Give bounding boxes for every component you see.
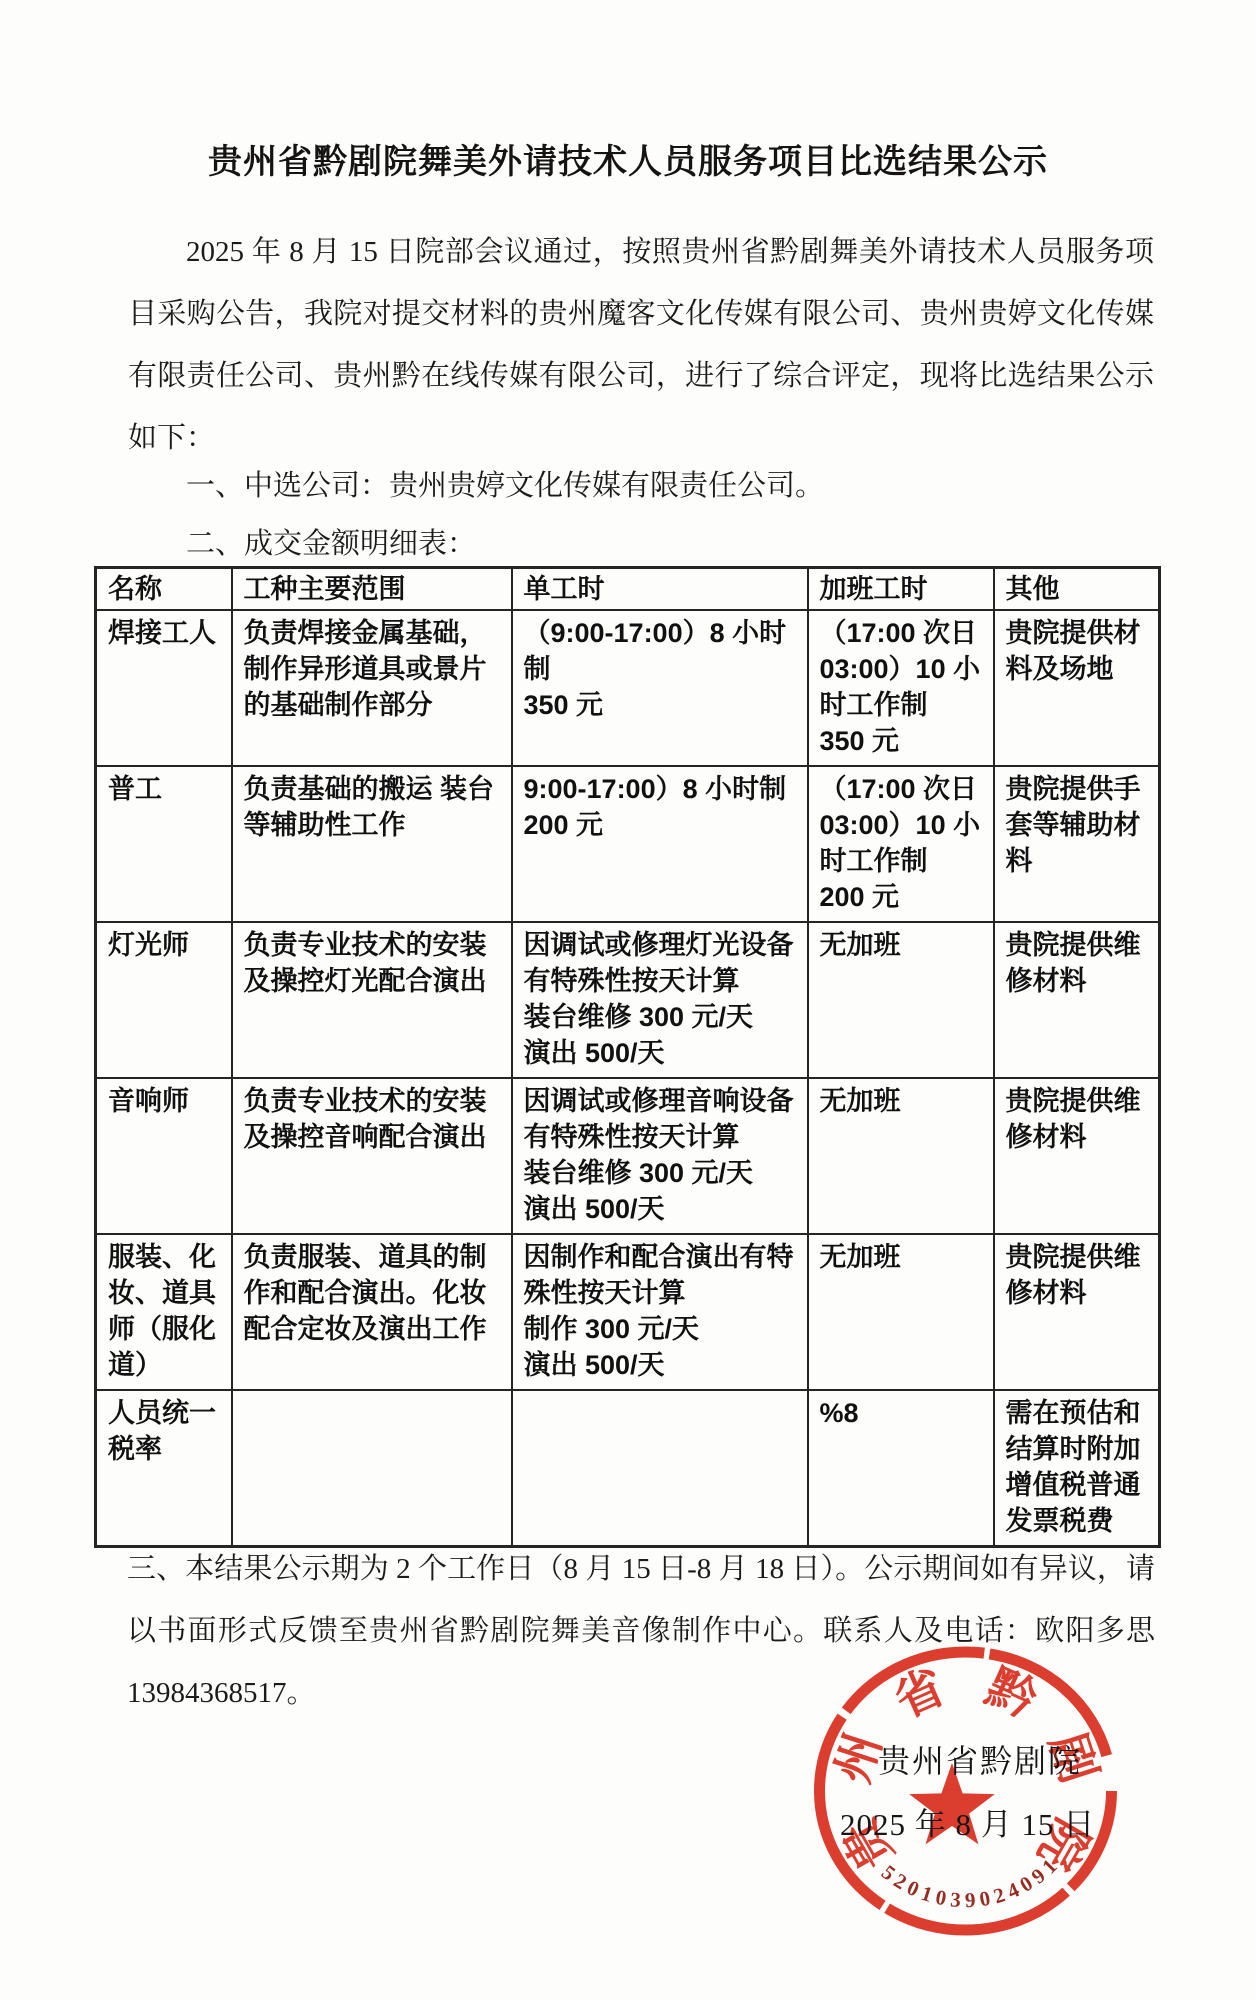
- cell-regular-hours: 因调试或修理灯光设备有特殊性按天计算 装台维修 300 元/天 演出 500/天: [524, 927, 801, 1071]
- cell-overtime: 无加班: [820, 1239, 987, 1275]
- table-header-row: 名称 工种主要范围 单工时 加班工时 其他: [96, 568, 1160, 611]
- official-seal: 贵 州 省 黔 剧 院 5201039024091: [812, 1646, 1124, 1942]
- column-header-other: 其他: [994, 568, 1160, 611]
- table-row-tax-rate: 人员统一税率 %8 需在预估和结算时附加增值税普通发票税费: [96, 1390, 1160, 1547]
- cell-job-name: 普工: [108, 771, 225, 807]
- cell-other: 贵院提供材料及场地: [1006, 615, 1153, 687]
- cell-regular-hours: 因调试或修理音响设备有特殊性按天计算 装台维修 300 元/天 演出 500/天: [524, 1083, 801, 1227]
- document-page: 贵州省黔剧院舞美外请技术人员服务项目比选结果公示 2025 年 8 月 15 日…: [0, 0, 1256, 2000]
- cell-job-name: 灯光师: [108, 927, 225, 963]
- cell-job-name: 服装、化妆、道具师（服化道）: [108, 1239, 225, 1383]
- selected-company-line: 一、中选公司：贵州贵婷文化传媒有限责任公司。: [186, 458, 1166, 514]
- column-header-regular-hours: 单工时: [512, 568, 808, 611]
- column-header-name: 名称: [96, 568, 232, 611]
- cell-other: 贵院提供手套等辅助材料: [1006, 771, 1153, 879]
- cell-other: 贵院提供维修材料: [1006, 1239, 1153, 1311]
- cell-job-scope: 负责焊接金属基础，制作异形道具或景片的基础制作部分: [244, 615, 505, 723]
- cell-job-name: 人员统一税率: [108, 1395, 225, 1467]
- cell-overtime: 无加班: [820, 927, 987, 963]
- signature-date: 2025 年 8 月 15 日: [840, 1799, 1095, 1844]
- cell-regular-hours: 9:00-17:00）8 小时制 200 元: [524, 771, 801, 843]
- cell-overtime: 无加班: [820, 1083, 987, 1119]
- signature-org: 贵州省黔剧院: [878, 1736, 1082, 1782]
- table-row-welder: 焊接工人 负责焊接金属基础，制作异形道具或景片的基础制作部分 （9:00-17:…: [96, 610, 1160, 766]
- cell-regular-hours: （9:00-17:00）8 小时制 350 元: [524, 615, 801, 723]
- cell-overtime: （17:00 次日 03:00）10 小时工作制 350 元: [820, 615, 987, 759]
- column-header-overtime: 加班工时: [808, 568, 994, 611]
- table-row-sound: 音响师 负责专业技术的安装及操控音响配合演出 因调试或修理音响设备有特殊性按天计…: [96, 1078, 1160, 1234]
- cell-job-scope: 负责基础的搬运 装台等辅助性工作: [244, 771, 505, 843]
- cell-job-scope: 负责专业技术的安装及操控音响配合演出: [244, 1083, 505, 1155]
- table-caption-line: 二、成交金额明细表：: [186, 516, 1166, 572]
- table-row-lighting: 灯光师 负责专业技术的安装及操控灯光配合演出 因调试或修理灯光设备有特殊性按天计…: [96, 922, 1160, 1078]
- table-row-laborer: 普工 负责基础的搬运 装台等辅助性工作 9:00-17:00）8 小时制 200…: [96, 766, 1160, 922]
- cell-other: 贵院提供维修材料: [1006, 927, 1153, 999]
- cell-overtime: （17:00 次日 03:00）10 小时工作制 200 元: [820, 771, 987, 915]
- cell-other: 贵院提供维修材料: [1006, 1083, 1153, 1155]
- cell-job-name: 焊接工人: [108, 615, 225, 651]
- intro-paragraph: 2025 年 8 月 15 日院部会议通过，按照贵州省黔剧舞美外请技术人员服务项…: [128, 221, 1154, 469]
- pricing-table: 名称 工种主要范围 单工时 加班工时 其他 焊接工人 负责焊接金属基础，制作异形…: [94, 566, 1161, 1548]
- seal-code: 5201039024091: [877, 1851, 1065, 1913]
- cell-job-name: 音响师: [108, 1083, 225, 1119]
- cell-job-scope: 负责服装、道具的制作和配合演出。化妆配合定妆及演出工作: [244, 1239, 505, 1347]
- cell-regular-hours: 因制作和配合演出有特殊性按天计算 制作 300 元/天 演出 500/天: [524, 1239, 801, 1383]
- cell-overtime: %8: [820, 1395, 987, 1431]
- cell-job-scope: 负责专业技术的安装及操控灯光配合演出: [244, 927, 505, 999]
- page-title: 贵州省黔剧院舞美外请技术人员服务项目比选结果公示: [0, 134, 1256, 183]
- table-row-costume-makeup-props: 服装、化妆、道具师（服化道） 负责服装、道具的制作和配合演出。化妆配合定妆及演出…: [96, 1234, 1160, 1390]
- column-header-scope: 工种主要范围: [232, 568, 512, 611]
- cell-other: 需在预估和结算时附加增值税普通发票税费: [1006, 1395, 1153, 1539]
